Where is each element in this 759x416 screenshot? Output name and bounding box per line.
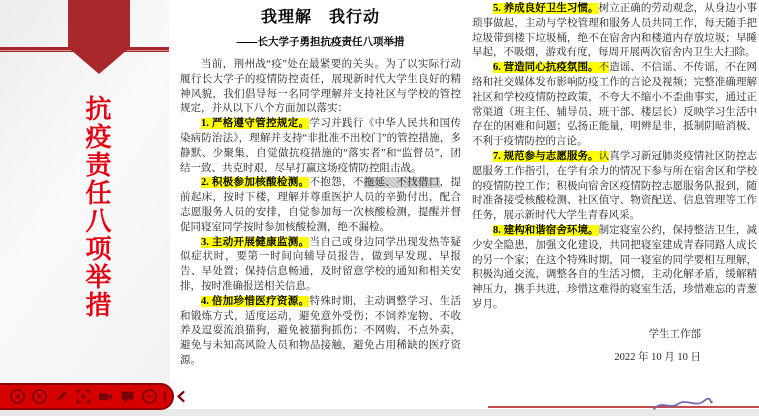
next-slide-button[interactable] <box>32 389 47 404</box>
item-3: 3. 主动开展健康监测。当自己或身边同学出现发热等疑似症状时，要第一时间向辅导员… <box>180 236 461 295</box>
next-slide-icon <box>32 389 47 404</box>
item-1-heading: 1. 严格遵守管控规定。 <box>201 118 309 129</box>
camera-icon <box>98 389 113 404</box>
item-1-highlight: 1. 严格遵守管控规定。 <box>201 118 309 129</box>
document-column-left: 我理解 我行动 ——长大学子勇担抗疫责任八项举措 当前，荆州战“疫”处在最紧要的… <box>180 2 461 409</box>
signature-block: 学生工作部 2022 年 10 月 10 日 <box>472 326 757 364</box>
item-2-heading: 2. 积极参加核酸检测。 <box>201 177 309 188</box>
bottom-gray-strip <box>0 409 759 416</box>
presentation-toolbar[interactable] <box>0 383 174 410</box>
item-2: 2. 积极参加核酸检测。不抱怨，不拖延、不找借口，提前起床，按时下楼，理解并尊重… <box>180 176 461 235</box>
document-subtitle: ——长大学子勇担抗疫责任八项举措 <box>180 34 461 49</box>
laser-pointer-button[interactable] <box>76 389 91 404</box>
item-4-heading: 4. 倍加珍惜医疗资源。 <box>201 296 309 307</box>
signature-department: 学生工作部 <box>472 326 701 341</box>
item-4-highlight: 4. 倍加珍惜医疗资源。 <box>201 296 309 307</box>
pen-icon <box>54 389 69 404</box>
previous-slide-icon <box>10 389 25 404</box>
item-8: 8. 建构和谐宿舍环境。制定寝室公约，保持整洁卫生，减少安全隐患，加强文化建设，… <box>472 224 757 313</box>
item-1: 1. 严格遵守管控规定。学习并践行《中华人民共和国传染病防治法》，理解并支持“非… <box>180 117 461 176</box>
pen-button[interactable] <box>54 389 69 404</box>
more-icon <box>142 389 157 404</box>
comment-button[interactable] <box>120 389 135 404</box>
item-6-highlight: 6. 营造同心抗疫氛围。不 <box>493 62 609 73</box>
intro-paragraph: 当前，荆州战“疫”处在最紧要的关头。为了以实际行动履行长大学子的疫情防控责任，展… <box>180 58 461 117</box>
item-8-heading: 8. 建构和谐宿舍环境。 <box>493 225 599 236</box>
document-column-right: 5. 养成良好卫生习惯。树立正确的劳动观念，从身边小事琐事做起，主动与学校管理和… <box>472 2 757 409</box>
item-6: 6. 营造同心抗疫氛围。不造谣、不信谣、不传谣，不在网络和社交媒体发布影响防疫工… <box>472 61 757 150</box>
item-2-highlight: 2. 积极参加核酸检测。 <box>201 177 309 188</box>
item-8-highlight: 8. 建构和谐宿舍环境。 <box>493 225 599 236</box>
item-7-heading: 7. 规范参与志愿服务。 <box>493 151 599 162</box>
document-page: 我理解 我行动 ——长大学子勇担抗疫责任八项举措 当前，荆州战“疫”处在最紧要的… <box>170 0 759 409</box>
camera-button[interactable] <box>98 389 113 404</box>
bottom-red-line <box>488 406 759 408</box>
previous-slide-button[interactable] <box>10 389 25 404</box>
more-button[interactable] <box>142 389 157 404</box>
item-5: 5. 养成良好卫生习惯。树立正确的劳动观念，从身边小事琐事做起，主动与学校管理和… <box>472 2 757 61</box>
slide-left-panel: 抗疫责任八项举措 <box>0 0 170 409</box>
item-3-heading: 3. 主动开展健康监测。 <box>201 237 309 248</box>
item-5-heading: 5. 养成良好卫生习惯。 <box>493 3 599 14</box>
item-7: 7. 规范参与志愿服务。认真学习新冠肺炎疫情社区防控志愿服务工作指引，在学有余力… <box>472 150 757 224</box>
laser-pointer-icon <box>76 389 91 404</box>
vertical-banner-title: 抗疫责任八项举措 <box>81 95 113 319</box>
item-7-highlight: 7. 规范参与志愿服务。认 <box>493 151 609 162</box>
document-title: 我理解 我行动 <box>180 4 461 27</box>
item-6-heading: 6. 营造同心抗疫氛围。 <box>493 62 599 73</box>
item-8-body: 制定寝室公约，保持整洁卫生，减少安全隐患，加强文化建设，共同把寝室建成青春同路人… <box>472 225 757 310</box>
comment-icon <box>120 389 135 404</box>
signature-date: 2022 年 10 月 10 日 <box>472 349 701 364</box>
ribbon-arrow-shape <box>68 0 130 74</box>
item-5-highlight: 5. 养成良好卫生习惯。 <box>493 3 599 14</box>
chevron-left-icon <box>175 390 187 403</box>
purple-squiggle-decoration <box>652 396 714 412</box>
item-4: 4. 倍加珍惜医疗资源。特殊时期，主动调整学习、生活和锻炼方式，适度运动，避免意… <box>180 295 461 369</box>
slideshow-stage[interactable]: 抗疫责任八项举措 我理解 我行动 ——长大学子勇担抗疫责任八项举措 当前，荆州战… <box>0 0 759 416</box>
item-3-highlight: 3. 主动开展健康监测。 <box>201 237 309 248</box>
collapse-toolbar-button[interactable] <box>173 389 188 404</box>
shaded-text: 拖延、不找借口 <box>364 177 440 188</box>
item-6-body: 造谣、不信谣、不传谣，不在网络和社交媒体发布影响防疫工作的言论及视频；完整准确理… <box>472 62 757 147</box>
toolbar-divider <box>164 391 166 403</box>
